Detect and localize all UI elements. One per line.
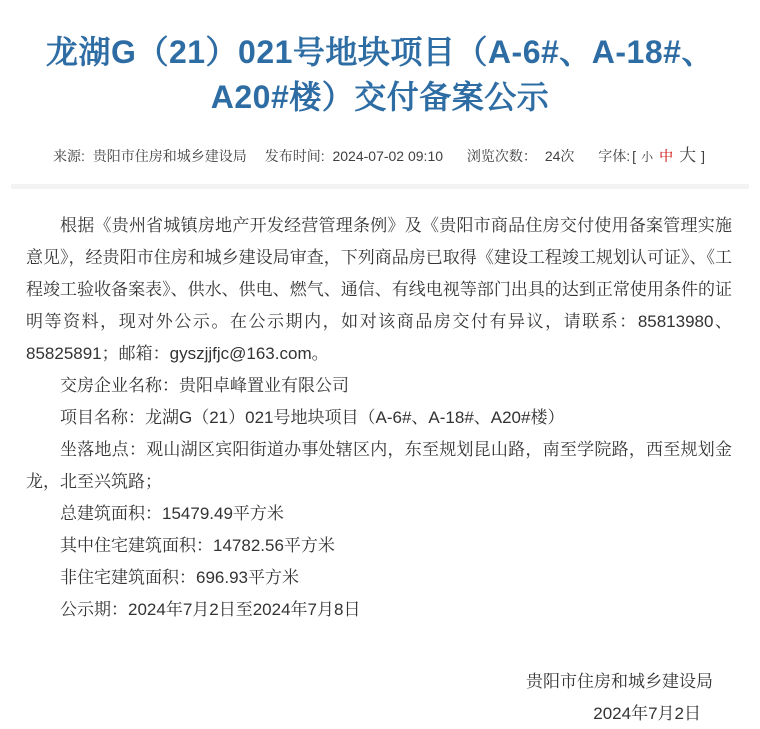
font-size-bracket-close: ]	[701, 148, 705, 164]
notice-item-project-name: 项目名称：龙湖G（21）021号地块项目（A-6#、A-18#、A20#楼）	[26, 402, 732, 434]
meta-views-label: 浏览次数：	[467, 148, 537, 164]
page-title: 龙湖G（21）021号地块项目（A-6#、A-18#、A20#楼）交付备案公示	[12, 0, 748, 120]
article-body: 根据《贵州省城镇房地产开发经营管理条例》及《贵阳市商品住房交付使用备案管理实施意…	[0, 189, 760, 729]
meta-source: 来源: 贵阳市住房和城乡建设局	[53, 146, 247, 166]
notice-item-residential-area: 其中住宅建筑面积：14782.56平方米	[26, 530, 732, 562]
meta-publish-time-label: 发布时间:	[265, 148, 325, 164]
signature-agency: 贵阳市住房和城乡建设局	[26, 666, 732, 698]
notice-item-company: 交房企业名称：贵阳卓峰置业有限公司	[26, 370, 732, 402]
meta-publish-time: 发布时间: 2024-07-02 09:10	[265, 146, 443, 166]
notice-page: 龙湖G（21）021号地块项目（A-6#、A-18#、A20#楼）交付备案公示 …	[0, 0, 760, 729]
signature-date: 2024年7月2日	[26, 698, 732, 729]
notice-item-location: 坐落地点：观山湖区宾阳街道办事处辖区内，东至规划昆山路，南至学院路，西至规划金龙…	[26, 434, 732, 498]
meta-source-label: 来源:	[53, 148, 85, 164]
font-size-small-button[interactable]: 小	[641, 148, 653, 165]
font-size-bracket-open: [	[632, 148, 636, 164]
signature-block: 贵阳市住房和城乡建设局 2024年7月2日	[26, 666, 732, 729]
notice-item-total-area: 总建筑面积：15479.49平方米	[26, 498, 732, 530]
intro-paragraph: 根据《贵州省城镇房地产开发经营管理条例》及《贵阳市商品住房交付使用备案管理实施意…	[26, 210, 732, 370]
font-size-controls: 字体:[小中大]	[598, 141, 707, 166]
font-size-medium-button[interactable]: 中	[659, 146, 673, 166]
font-size-large-button[interactable]: 大	[679, 141, 696, 166]
meta-views-value: 24次	[545, 148, 575, 164]
font-size-controls-label: 字体:	[598, 148, 630, 164]
article-meta: 来源: 贵阳市住房和城乡建设局 发布时间: 2024-07-02 09:10 浏…	[0, 141, 760, 166]
meta-publish-time-value: 2024-07-02 09:10	[332, 148, 443, 164]
notice-item-publicity-period: 公示期：2024年7月2日至2024年7月8日	[26, 594, 732, 626]
notice-item-nonresidential-area: 非住宅建筑面积：696.93平方米	[26, 562, 732, 594]
meta-source-value: 贵阳市住房和城乡建设局	[93, 148, 247, 164]
meta-views: 浏览次数： 24次	[467, 146, 574, 166]
